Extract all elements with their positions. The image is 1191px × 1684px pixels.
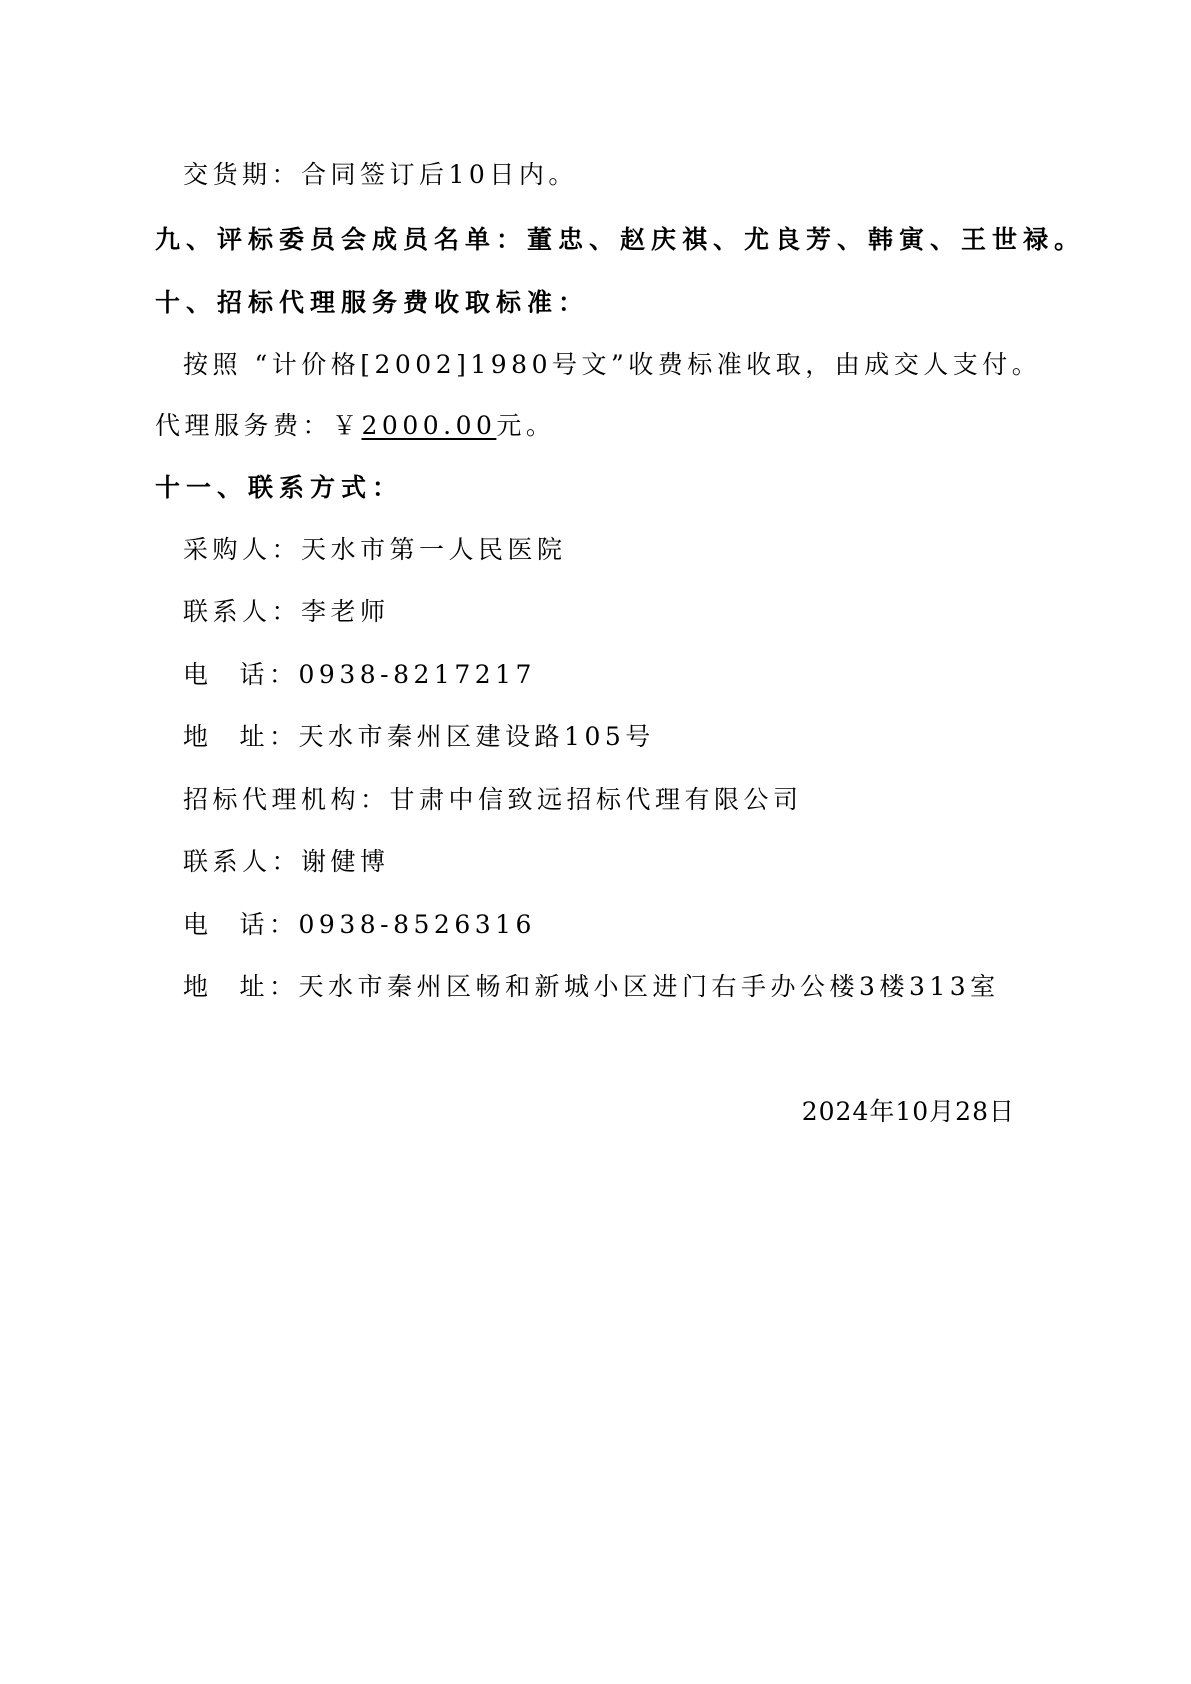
purchaser-phone: 0938-8217217: [299, 660, 536, 689]
purchaser-address-label-a: 地: [183, 722, 213, 751]
agency-address: 天水市秦州区畅和新城小区进门右手办公楼3楼313室: [299, 972, 1000, 1001]
delivery-label: 交货期：: [183, 160, 301, 189]
section-10-heading: 十、招标代理服务费收取标准：: [155, 283, 589, 323]
agency-address-line: 地址：天水市秦州区畅和新城小区进门右手办公楼3楼313室: [183, 967, 1000, 1007]
document-page: 交货期：合同签订后10日内。 九、评标委员会成员名单：董忠、赵庆祺、尤良芳、韩寅…: [0, 0, 1191, 1684]
purchaser-phone-label-b: 话：: [240, 660, 299, 689]
purchaser-contact-line: 联系人：李老师: [183, 592, 390, 632]
purchaser-address-line: 地址：天水市秦州区建设路105号: [183, 717, 655, 757]
agency-address-label-a: 地: [183, 972, 213, 1001]
agency-phone: 0938-8526316: [299, 910, 536, 939]
section-11-heading: 十一、联系方式：: [155, 468, 403, 508]
purchaser-phone-label-a: 电: [183, 660, 213, 689]
agency-name-line: 招标代理机构：甘肃中信致远招标代理有限公司: [183, 780, 803, 820]
agency-contact-label: 联系人：: [183, 847, 301, 876]
agency-contact: 谢健博: [301, 847, 390, 876]
fee-basis-line: 按照 “计价格[2002]1980号文”收费标准收取，由成交人支付。: [183, 345, 1041, 385]
committee-members: 董忠、赵庆祺、尤良芳、韩寅、王世禄。: [527, 225, 1085, 254]
agency-fee-line: 代理服务费：￥2000.00元。: [155, 406, 555, 446]
purchaser-name-line: 采购人：天水市第一人民医院: [183, 530, 567, 570]
agency-phone-label-a: 电: [183, 910, 213, 939]
section-9-evaluation-committee: 九、评标委员会成员名单：董忠、赵庆祺、尤良芳、韩寅、王世禄。: [155, 220, 1085, 260]
delivery-line: 交货期：合同签订后10日内。: [183, 155, 578, 195]
purchaser-contact: 李老师: [301, 597, 390, 626]
purchaser-address-label-b: 址：: [240, 722, 299, 751]
purchaser-phone-line: 电话：0938-8217217: [183, 655, 536, 695]
purchaser-contact-label: 联系人：: [183, 597, 301, 626]
agency-contact-line: 联系人：谢健博: [183, 842, 390, 882]
agency-phone-line: 电话：0938-8526316: [183, 905, 536, 945]
agency-fee-label: 代理服务费：￥: [155, 411, 362, 440]
agency-phone-label-b: 话：: [240, 910, 299, 939]
purchaser-address: 天水市秦州区建设路105号: [299, 722, 655, 751]
agency-name: 甘肃中信致远招标代理有限公司: [390, 785, 803, 814]
purchaser-name-label: 采购人：: [183, 535, 301, 564]
agency-address-label-b: 址：: [240, 972, 299, 1001]
document-date: 2024年10月28日: [802, 1092, 1015, 1132]
agency-fee-amount: 2000.00: [362, 411, 497, 440]
purchaser-name: 天水市第一人民医院: [301, 535, 567, 564]
agency-name-label: 招标代理机构：: [183, 785, 390, 814]
section-9-heading: 九、评标委员会成员名单：: [155, 225, 527, 254]
delivery-value: 合同签订后10日内。: [301, 160, 578, 189]
agency-fee-unit: 元。: [496, 411, 555, 440]
